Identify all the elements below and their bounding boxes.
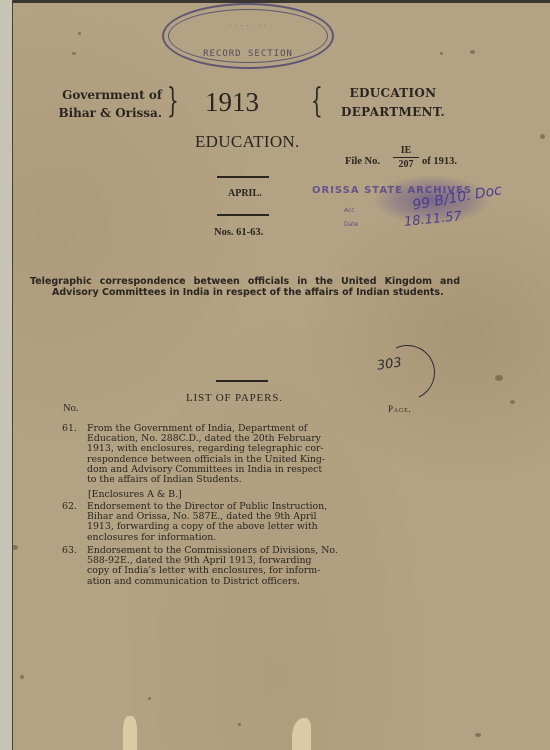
file-number-fraction: IE 207 <box>393 144 419 171</box>
seal-top-text: · · · · · · · <box>164 23 332 30</box>
handwritten-page-mark: 303 <box>372 345 442 405</box>
brace-right-icon: } <box>167 84 179 118</box>
stain-spot <box>72 52 76 55</box>
document-page: · · · · · · · RECORD SECTION Government … <box>0 0 550 750</box>
list-item-number: 63. <box>62 546 77 556</box>
stain-spot <box>238 723 241 726</box>
brace-left-icon: { <box>311 84 323 118</box>
page-top-edge <box>13 0 550 3</box>
page-left-edge <box>0 0 13 750</box>
paper-tear <box>292 718 311 750</box>
month-label: APRIL. <box>228 188 262 199</box>
file-number-year: of 1913. <box>422 156 457 167</box>
divider <box>216 380 268 382</box>
list-item-line: ation and communication to District offi… <box>62 577 374 587</box>
divider <box>217 214 269 216</box>
list-item-number: 62. <box>62 502 77 512</box>
seal-bottom-text: RECORD SECTION <box>164 49 332 59</box>
archive-stamp: ORISSA STATE ARCHIVES Acc Date 99 B/10. … <box>312 185 542 240</box>
header-government: Government of Bihar & Orissa. <box>22 86 162 122</box>
list-item: 62. Endorsement to the Director of Publi… <box>62 502 374 543</box>
stain-spot <box>470 50 475 54</box>
archive-acc-label: Acc <box>344 207 355 214</box>
list-item: 61. From the Government of India, Depart… <box>62 424 374 485</box>
subject-line2: Advisory Committees in India in respect … <box>30 287 460 298</box>
divider <box>217 176 269 178</box>
header-year: 1913 <box>205 87 259 118</box>
stain-spot <box>510 400 515 404</box>
paper-tear <box>123 716 137 750</box>
header-left-line1: Government of <box>22 86 162 104</box>
header-department: EDUCATION DEPARTMENT. <box>328 84 458 122</box>
header-left-line2: Bihar & Orissa. <box>22 104 162 122</box>
stain-spot <box>495 375 503 381</box>
stain-spot <box>148 697 151 700</box>
list-item-line: enclosures for information. <box>62 533 374 543</box>
list-item-line: to the affairs of Indian Students. <box>62 475 374 485</box>
list-item: 63. Endorsement to the Commissioners of … <box>62 546 374 587</box>
header-right-line2: DEPARTMENT. <box>328 103 458 122</box>
column-header-page: Page. <box>388 404 412 414</box>
department-title: EDUCATION. <box>195 132 300 152</box>
stain-spot <box>12 545 18 550</box>
enclosures-note: [Enclosures A & B.] <box>88 489 182 500</box>
list-item-number: 61. <box>62 424 77 434</box>
record-section-seal: · · · · · · · RECORD SECTION <box>162 3 334 69</box>
numbers-label: Nos. 61-63. <box>214 227 263 238</box>
subject-text: Telegraphic correspondence between offic… <box>30 276 460 298</box>
subject-line1: Telegraphic correspondence between offic… <box>30 276 460 287</box>
header-right-line1: EDUCATION <box>328 84 458 103</box>
stain-spot <box>540 134 545 139</box>
stain-spot <box>20 675 24 679</box>
stain-spot <box>475 733 481 737</box>
file-number-denominator: 207 <box>399 159 414 170</box>
list-title: LIST OF PAPERS. <box>186 392 283 404</box>
file-number-label: File No. <box>345 156 380 167</box>
column-header-no: No. <box>63 403 78 414</box>
archive-date-label: Date <box>344 221 358 228</box>
stain-spot <box>440 52 443 55</box>
stain-spot <box>78 32 81 35</box>
file-number-numerator: IE <box>393 144 419 158</box>
